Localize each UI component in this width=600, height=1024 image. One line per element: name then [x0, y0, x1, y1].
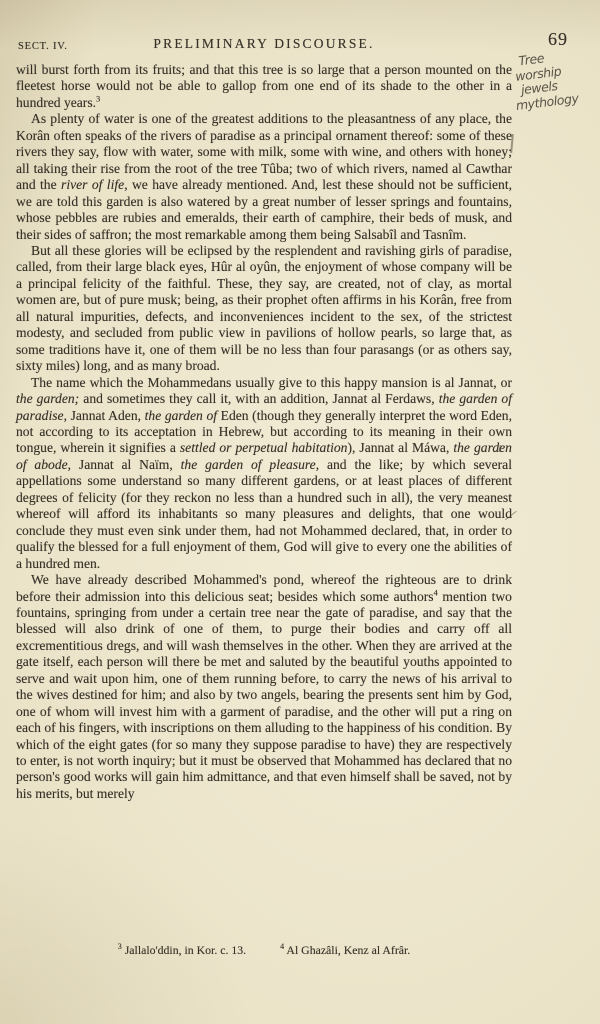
paragraph: The name which the Mohammedans usually g…	[16, 375, 512, 572]
pen-mark	[510, 134, 513, 153]
book-page: SECT. IV. PRELIMINARY DISCOURSE. 69 will…	[0, 0, 600, 1024]
footnote-text: Jallalo'ddin, in Kor. c. 13.	[122, 943, 246, 957]
marginalia-note: Tree worship jewels mythology	[510, 45, 600, 113]
text-run: and sometimes they call it, with an addi…	[79, 391, 438, 406]
text-run: The name which the Mohammedans usually g…	[31, 375, 512, 390]
text-run: , Jannat Aden,	[64, 408, 145, 423]
text-run: the garden;	[16, 391, 79, 406]
paragraph: As plenty of water is one of the greates…	[16, 111, 512, 243]
paragraph: We have already described Mohammed's pon…	[16, 572, 512, 802]
text-run: , Jannat al Naïm,	[68, 457, 181, 472]
footnote: 4 Al Ghazâli, Kenz al Afrâr.	[280, 943, 410, 957]
text-run: But all these glories will be eclipsed b…	[16, 243, 512, 373]
body-text: will burst forth from its fruits; and th…	[16, 62, 512, 802]
footnotes: 3 Jallalo'ddin, in Kor. c. 13.4 Al Ghazâ…	[16, 943, 512, 958]
text-run: river of life	[61, 177, 124, 192]
text-run: ), Jannat al Máwa,	[347, 440, 453, 455]
text-run: mention two fountains, springing from un…	[16, 589, 512, 801]
text-run: the garden of	[145, 408, 217, 423]
running-title: PRELIMINARY DISCOURSE.	[16, 36, 512, 52]
text-run: will burst forth from its fruits; and th…	[16, 62, 512, 110]
paragraph: But all these glories will be eclipsed b…	[16, 243, 512, 375]
text-run: 3	[96, 93, 100, 103]
text-run: , and the like; by which several appella…	[16, 457, 512, 571]
footnote: 3 Jallalo'ddin, in Kor. c. 13.	[118, 943, 246, 957]
paragraph: will burst forth from its fruits; and th…	[16, 62, 512, 111]
text-run: settled or perpetual habitation	[180, 440, 348, 455]
text-run: the garden of pleasure	[181, 457, 316, 472]
page-number: 69	[548, 29, 568, 50]
footnote-text: Al Ghazâli, Kenz al Afrâr.	[284, 943, 410, 957]
